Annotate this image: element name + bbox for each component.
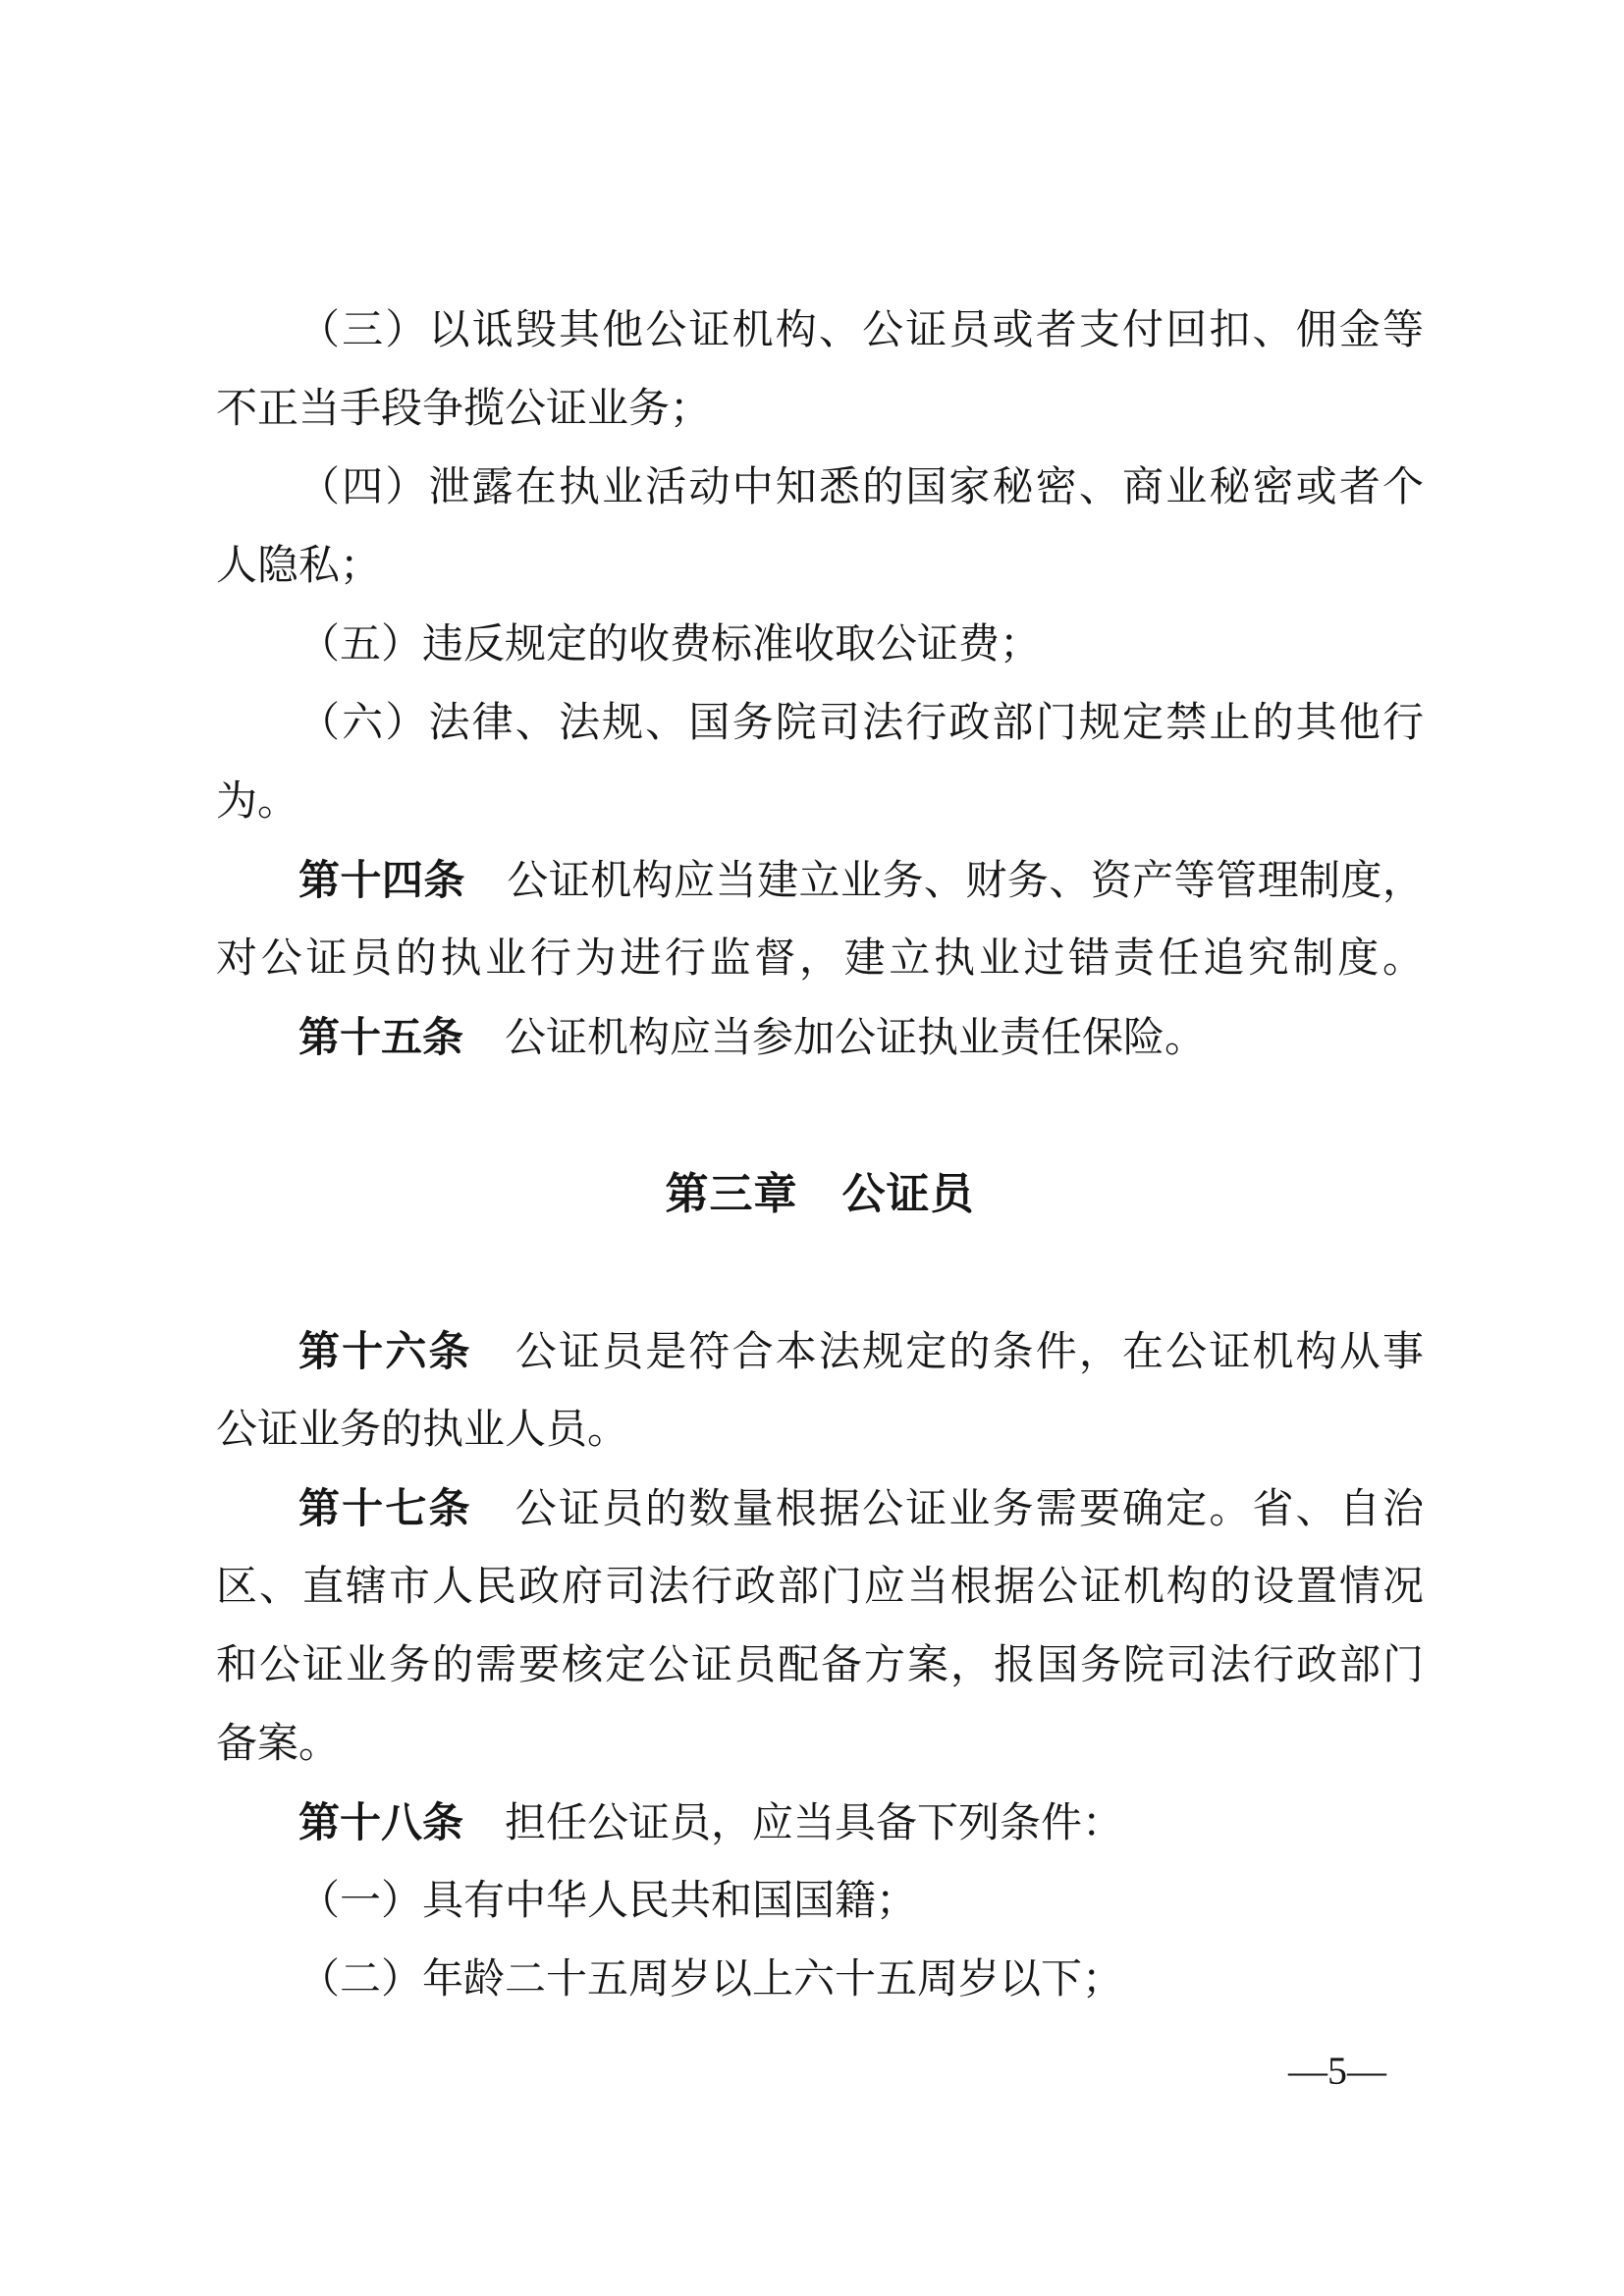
text-line: 和公证业务的需要核定公证员配备方案，报国务院司法行政部门 [216,1627,1424,1705]
text-line: （六）法律、法规、国务院司法行政部门规定禁止的其他行 [216,684,1424,763]
line-text: 公证业务的执业人员。 [216,1408,628,1453]
line-text: 公证机构应当参加公证执业责任保险。 [463,1016,1206,1061]
article-number-bold: 第十六条 [298,1328,472,1374]
text-line: 公证业务的执业人员。 [216,1391,1424,1469]
text-line: 第十七条 公证员的数量根据公证业务需要确定。省、自治 [216,1469,1424,1548]
text-line: （三）以诋毁其他公证机构、公证员或者支付回扣、佣金等 [216,292,1424,370]
text-line: 第十八条 担任公证员，应当具备下列条件： [216,1784,1424,1862]
text-line: （一）具有中华人民共和国国籍； [216,1862,1424,1941]
text-line: 第十四条 公证机构应当建立业务、财务、资产等管理制度， [216,841,1424,920]
line-text: 对公证员的执业行为进行监督，建立执业过错责任追究制度。 [216,936,1424,982]
line-text: 公证员是符合本法规定的条件，在公证机构从事 [472,1330,1424,1375]
line-text: 公证员的数量根据公证业务需要确定。省、自治 [472,1487,1424,1532]
article-number-bold: 第十四条 [298,857,465,903]
text-line: 不正当手段争揽公证业务； [216,370,1424,449]
line-text: 区、直辖市人民政府司法行政部门应当根据公证机构的设置情况 [216,1565,1424,1610]
text-line: （二）年龄二十五周岁以上六十五周岁以下； [216,1941,1424,2019]
article-number-bold: 第十七条 [298,1485,472,1531]
text-content: （三）以诋毁其他公证机构、公证员或者支付回扣、佣金等 不正当手段争揽公证业务； … [216,292,1424,2019]
article-number-bold: 第十五条 [298,1014,463,1060]
text-line: （五）违反规定的收费标准收取公证费； [216,606,1424,684]
blank-line [216,1234,1424,1312]
line-text: （四）泄露在执业活动中知悉的国家秘密、商业秘密或者个 [298,465,1424,510]
line-text: （二）年龄二十五周岁以上六十五周岁以下； [298,1957,1123,2002]
line-text: 担任公证员，应当具备下列条件： [463,1801,1123,1846]
chapter-heading: 第三章 公证员 [216,1155,1424,1234]
line-text: （三）以诋毁其他公证机构、公证员或者支付回扣、佣金等 [298,308,1424,353]
line-text: 不正当手段争揽公证业务； [216,387,711,432]
page-number: —5— [1288,2050,1386,2093]
text-line: （四）泄露在执业活动中知悉的国家秘密、商业秘密或者个 [216,449,1424,527]
line-text: 备案。 [216,1722,340,1767]
text-line: 第十五条 公证机构应当参加公证执业责任保险。 [216,998,1424,1077]
line-text: （五）违反规定的收费标准收取公证费； [298,622,1041,667]
text-line: 为。 [216,763,1424,841]
line-text: 人隐私； [216,544,381,589]
line-text: （六）法律、法规、国务院司法行政部门规定禁止的其他行 [298,701,1424,746]
line-text: （一）具有中华人民共和国国籍； [298,1879,917,1924]
line-text: 为。 [216,779,298,825]
article-number-bold: 第十八条 [298,1799,463,1845]
text-line: 区、直辖市人民政府司法行政部门应当根据公证机构的设置情况 [216,1548,1424,1627]
text-line: 第十六条 公证员是符合本法规定的条件，在公证机构从事 [216,1312,1424,1391]
text-line: 备案。 [216,1705,1424,1784]
line-text: 和公证业务的需要核定公证员配备方案，报国务院司法行政部门 [216,1643,1424,1688]
text-line: 对公证员的执业行为进行监督，建立执业过错责任追究制度。 [216,920,1424,998]
document-page: （三）以诋毁其他公证机构、公证员或者支付回扣、佣金等 不正当手段争揽公证业务； … [0,0,1624,2296]
blank-line [216,1077,1424,1155]
line-text: 公证机构应当建立业务、财务、资产等管理制度， [465,859,1424,904]
text-line: 人隐私； [216,527,1424,606]
